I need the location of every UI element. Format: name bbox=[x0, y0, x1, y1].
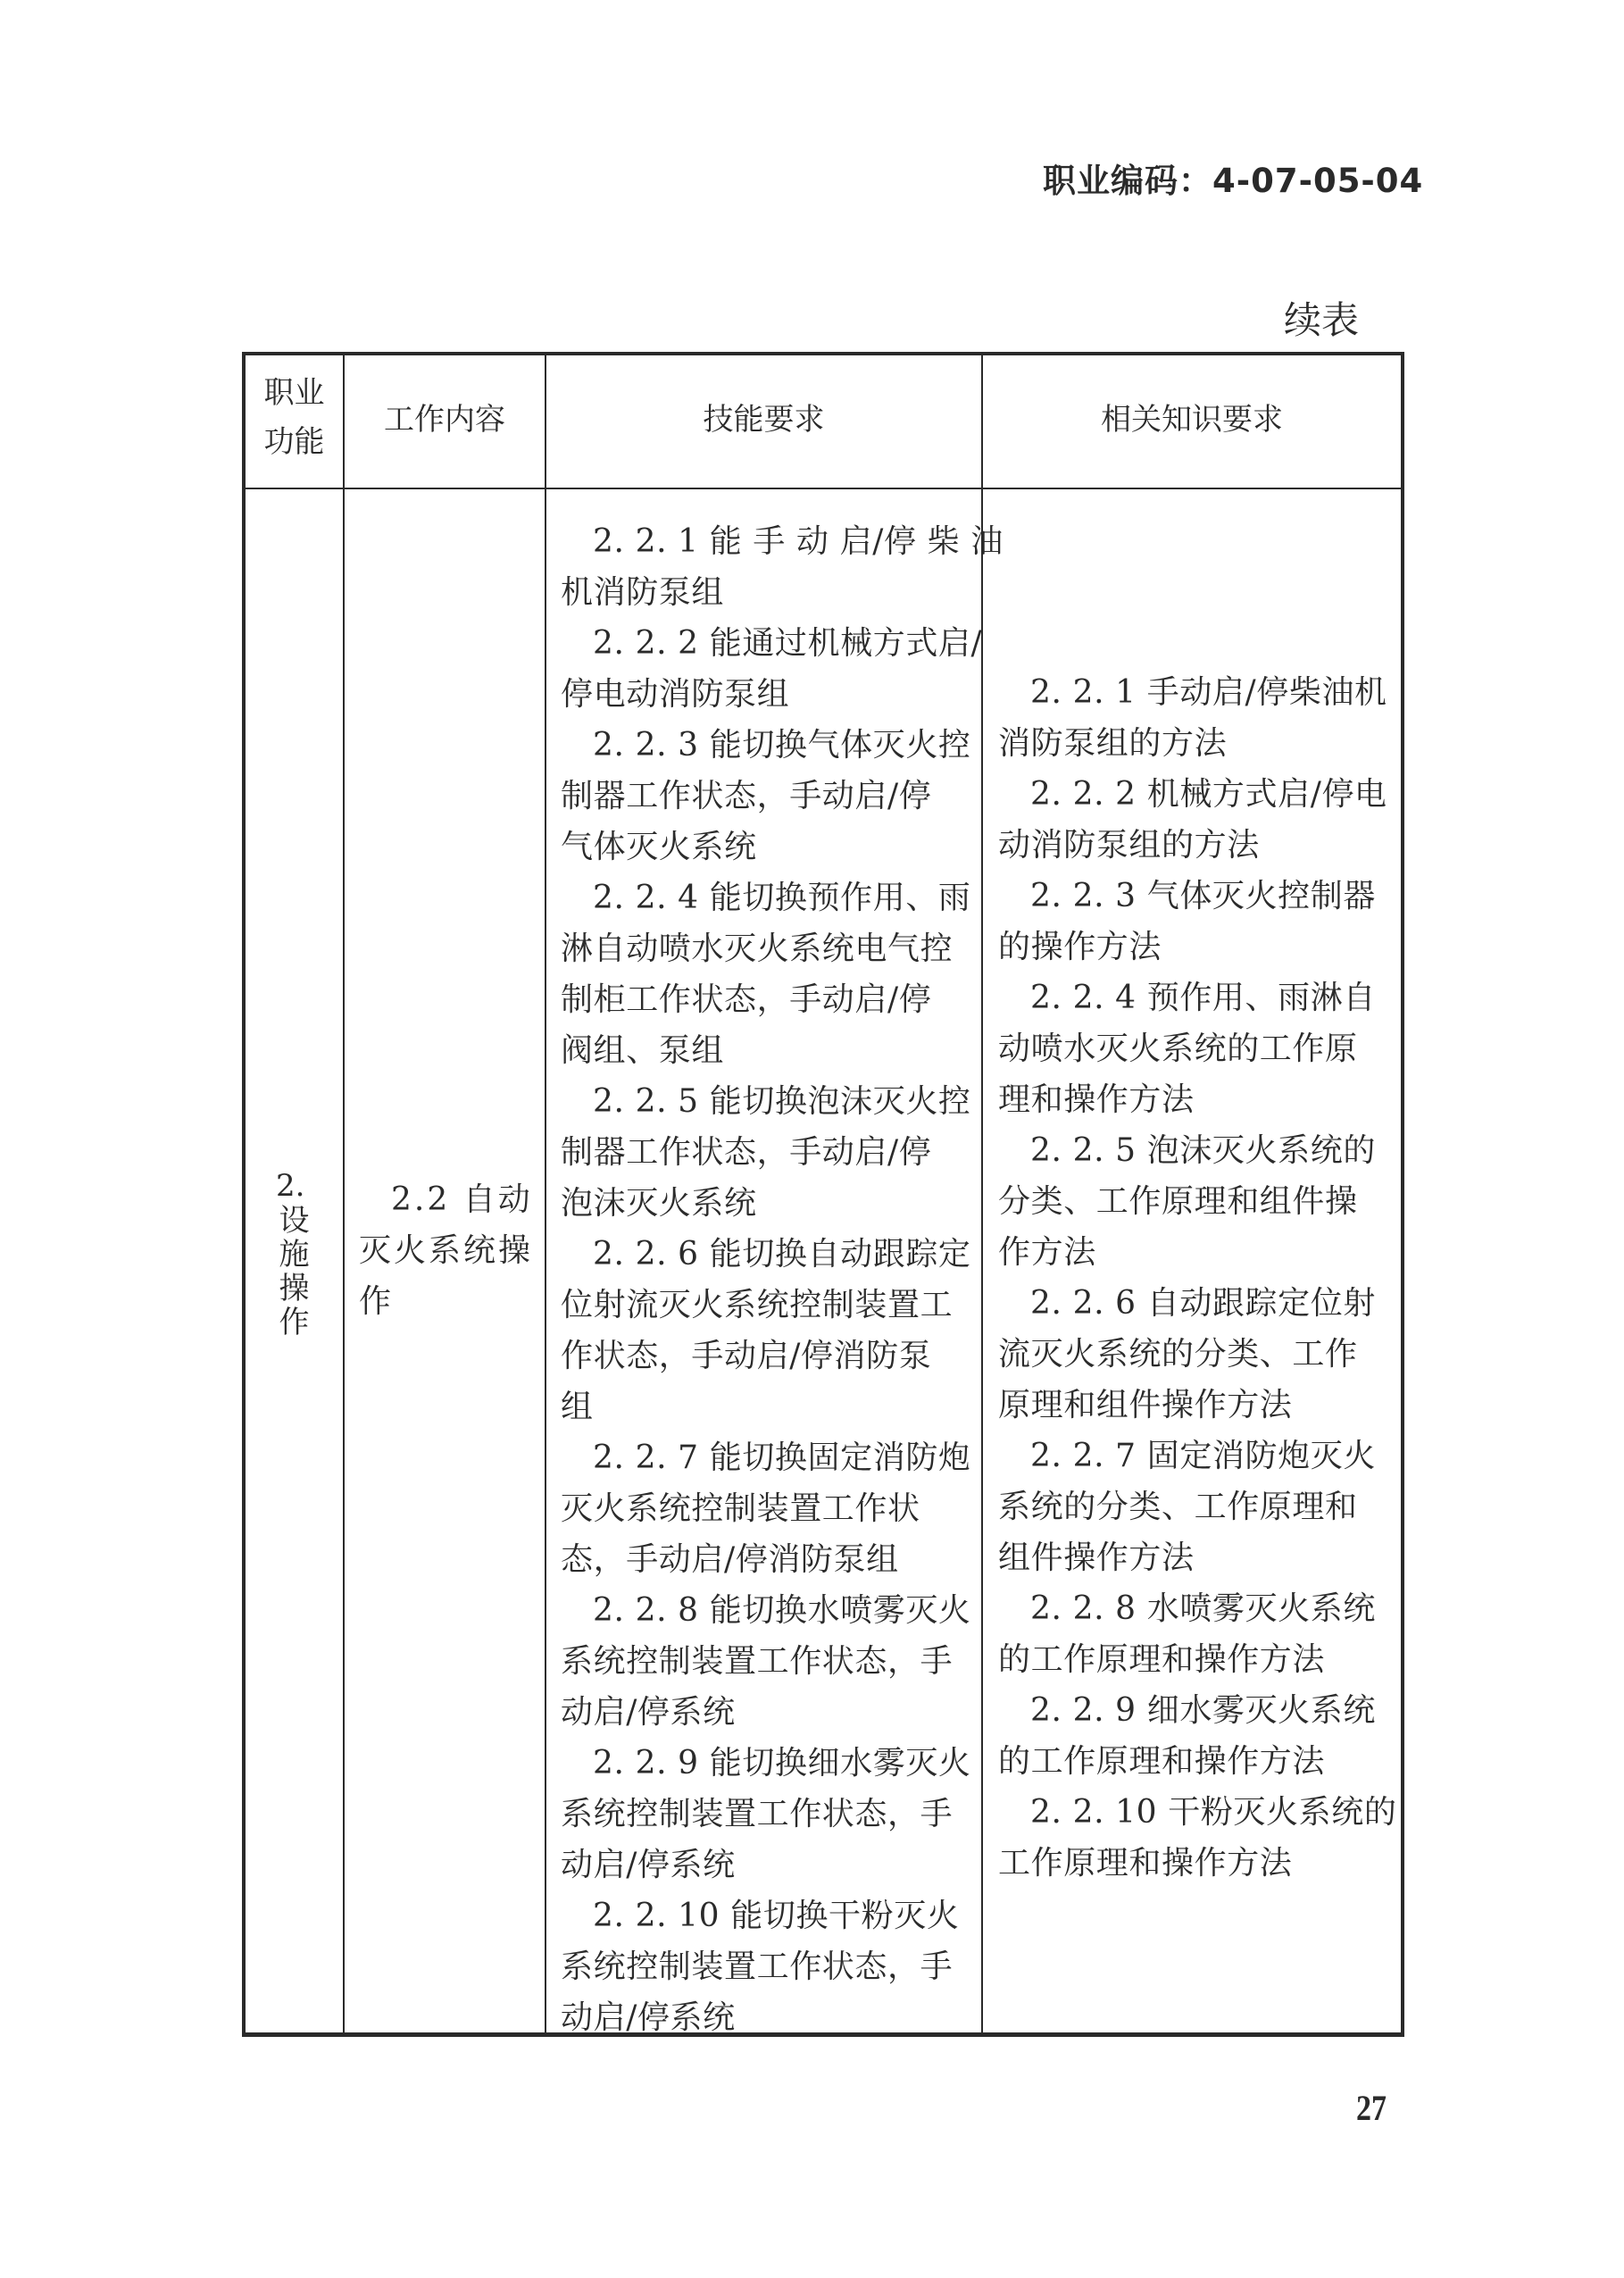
skill-line: 动启/停系统 bbox=[561, 1840, 1004, 1890]
header-cell-content: 工作内容 bbox=[345, 396, 545, 445]
knowledge-line: 2. 2. 3 气体灭火控制器 bbox=[998, 871, 1396, 922]
content-line: 2.2 自动 bbox=[359, 1174, 533, 1225]
competency-table: 职业 功能 工作内容 技能要求 相关知识要求 2. 设 施 操 作 2.2 自动… bbox=[242, 352, 1404, 2037]
knowledge-line: 分类、工作原理和组件操 bbox=[998, 1176, 1396, 1227]
skill-line: 停电动消防泵组 bbox=[561, 669, 1004, 720]
skill-line: 系统控制装置工作状态，手 bbox=[561, 1941, 1004, 1992]
knowledge-line: 2. 2. 8 水喷雾灭火系统 bbox=[998, 1583, 1396, 1634]
skill-line: 系统控制装置工作状态，手 bbox=[561, 1789, 1004, 1840]
knowledge-line: 消防泵组的方法 bbox=[998, 718, 1396, 769]
skill-line: 制柜工作状态，手动启/停 bbox=[561, 974, 1004, 1025]
knowledge-item-2-2-3: 2. 2. 3 气体灭火控制器 的操作方法 bbox=[998, 871, 1396, 972]
knowledge-line: 2. 2. 6 自动跟踪定位射 bbox=[998, 1278, 1396, 1329]
header-divider bbox=[246, 488, 1401, 489]
skill-line: 作状态，手动启/停消防泵 bbox=[561, 1331, 1004, 1381]
header-cell-skills: 技能要求 bbox=[546, 396, 981, 445]
skill-line: 2. 2. 3 能切换气体灭火控 bbox=[561, 720, 1004, 771]
skill-line: 阀组、泵组 bbox=[561, 1025, 1004, 1076]
knowledge-item-2-2-1: 2. 2. 1 手动启/停柴油机 消防泵组的方法 bbox=[998, 667, 1396, 769]
skill-line: 2. 2. 1 能 手 动 启/停 柴 油 bbox=[561, 516, 1004, 567]
header-function-line-2: 功能 bbox=[246, 418, 343, 467]
knowledge-item-2-2-2: 2. 2. 2 机械方式启/停电 动消防泵组的方法 bbox=[998, 769, 1396, 871]
skill-item-2-2-9: 2. 2. 9 能切换细水雾灭火 系统控制装置工作状态，手 动启/停系统 bbox=[561, 1738, 1004, 1890]
function-char: 作 bbox=[246, 1306, 343, 1339]
skill-line: 2. 2. 7 能切换固定消防炮 bbox=[561, 1432, 1004, 1483]
skill-line: 2. 2. 5 能切换泡沫灭火控 bbox=[561, 1076, 1004, 1127]
content-line: 作 bbox=[359, 1276, 533, 1327]
knowledge-item-2-2-9: 2. 2. 9 细水雾灭火系统 的工作原理和操作方法 bbox=[998, 1685, 1396, 1787]
knowledge-line: 原理和组件操作方法 bbox=[998, 1380, 1396, 1431]
knowledge-line: 2. 2. 9 细水雾灭火系统 bbox=[998, 1685, 1396, 1736]
knowledge-item-2-2-10: 2. 2. 10 干粉灭火系统的 工作原理和操作方法 bbox=[998, 1787, 1396, 1889]
knowledge-line: 2. 2. 5 泡沫灭火系统的 bbox=[998, 1125, 1396, 1176]
knowledge-line: 的工作原理和操作方法 bbox=[998, 1634, 1396, 1685]
skill-line: 灭火系统控制装置工作状 bbox=[561, 1483, 1004, 1534]
knowledge-line: 的工作原理和操作方法 bbox=[998, 1736, 1396, 1787]
knowledge-line: 工作原理和操作方法 bbox=[998, 1838, 1396, 1889]
skill-line: 2. 2. 8 能切换水喷雾灭火 bbox=[561, 1585, 1004, 1636]
knowledge-item-2-2-7: 2. 2. 7 固定消防炮灭火 系统的分类、工作原理和 组件操作方法 bbox=[998, 1431, 1396, 1583]
skill-line: 泡沫灭火系统 bbox=[561, 1178, 1004, 1229]
knowledge-item-2-2-4: 2. 2. 4 预作用、雨淋自 动喷水灭火系统的工作原 理和操作方法 bbox=[998, 972, 1396, 1125]
skill-line: 组 bbox=[561, 1381, 1004, 1432]
knowledge-cell: 2. 2. 1 手动启/停柴油机 消防泵组的方法 2. 2. 2 机械方式启/停… bbox=[998, 667, 1396, 1889]
column-divider-1 bbox=[343, 355, 345, 2032]
knowledge-line: 2. 2. 7 固定消防炮灭火 bbox=[998, 1431, 1396, 1481]
skill-item-2-2-4: 2. 2. 4 能切换预作用、雨 淋自动喷水灭火系统电气控 制柜工作状态，手动启… bbox=[561, 872, 1004, 1076]
skill-item-2-2-2: 2. 2. 2 能通过机械方式启/ 停电动消防泵组 bbox=[561, 618, 1004, 720]
skill-line: 2. 2. 6 能切换自动跟踪定 bbox=[561, 1229, 1004, 1280]
skills-cell: 2. 2. 1 能 手 动 启/停 柴 油 机消防泵组 2. 2. 2 能通过机… bbox=[561, 516, 1004, 2043]
knowledge-line: 2. 2. 10 干粉灭火系统的 bbox=[998, 1787, 1396, 1838]
continued-table-label: 续表 bbox=[1284, 291, 1359, 345]
skill-item-2-2-1: 2. 2. 1 能 手 动 启/停 柴 油 机消防泵组 bbox=[561, 516, 1004, 618]
skill-line: 系统控制装置工作状态，手 bbox=[561, 1636, 1004, 1687]
header-function-line-1: 职业 bbox=[246, 369, 343, 418]
skill-line: 动启/停系统 bbox=[561, 1687, 1004, 1738]
page-number: 27 bbox=[1356, 2087, 1387, 2129]
header-cell-knowledge: 相关知识要求 bbox=[983, 396, 1401, 445]
skill-line: 位射流灭火系统控制装置工 bbox=[561, 1280, 1004, 1331]
content-line: 灭火系统操 bbox=[359, 1225, 533, 1276]
knowledge-line: 理和操作方法 bbox=[998, 1074, 1396, 1125]
column-divider-2 bbox=[545, 355, 546, 2032]
function-number: 2. bbox=[246, 1168, 343, 1204]
skill-line: 淋自动喷水灭火系统电气控 bbox=[561, 923, 1004, 974]
skill-item-2-2-6: 2. 2. 6 能切换自动跟踪定 位射流灭火系统控制装置工 作状态，手动启/停消… bbox=[561, 1229, 1004, 1432]
header-cell-function: 职业 功能 bbox=[246, 369, 343, 467]
skill-line: 制器工作状态，手动启/停 bbox=[561, 771, 1004, 822]
skill-item-2-2-3: 2. 2. 3 能切换气体灭火控 制器工作状态，手动启/停 气体灭火系统 bbox=[561, 720, 1004, 872]
knowledge-line: 组件操作方法 bbox=[998, 1532, 1396, 1583]
skill-line: 2. 2. 4 能切换预作用、雨 bbox=[561, 872, 1004, 923]
skill-item-2-2-8: 2. 2. 8 能切换水喷雾灭火 系统控制装置工作状态，手 动启/停系统 bbox=[561, 1585, 1004, 1738]
function-cell: 2. 设 施 操 作 bbox=[246, 1168, 343, 1339]
knowledge-line: 2. 2. 4 预作用、雨淋自 bbox=[998, 972, 1396, 1023]
content-cell: 2.2 自动 灭火系统操 作 bbox=[359, 1174, 533, 1327]
occupation-code: 职业编码：4-07-05-04 bbox=[1043, 154, 1423, 202]
knowledge-line: 动消防泵组的方法 bbox=[998, 820, 1396, 871]
knowledge-item-2-2-6: 2. 2. 6 自动跟踪定位射 流灭火系统的分类、工作 原理和组件操作方法 bbox=[998, 1278, 1396, 1431]
knowledge-line: 的操作方法 bbox=[998, 922, 1396, 972]
knowledge-line: 流灭火系统的分类、工作 bbox=[998, 1329, 1396, 1380]
knowledge-line: 2. 2. 2 机械方式启/停电 bbox=[998, 769, 1396, 820]
knowledge-item-2-2-8: 2. 2. 8 水喷雾灭火系统 的工作原理和操作方法 bbox=[998, 1583, 1396, 1685]
skill-line: 2. 2. 9 能切换细水雾灭火 bbox=[561, 1738, 1004, 1789]
skill-line: 2. 2. 2 能通过机械方式启/ bbox=[561, 618, 1004, 669]
knowledge-line: 系统的分类、工作原理和 bbox=[998, 1481, 1396, 1532]
skill-line: 态，手动启/停消防泵组 bbox=[561, 1534, 1004, 1585]
knowledge-line: 动喷水灭火系统的工作原 bbox=[998, 1023, 1396, 1074]
skill-line: 机消防泵组 bbox=[561, 567, 1004, 618]
skill-line: 2. 2. 10 能切换干粉灭火 bbox=[561, 1890, 1004, 1941]
skill-line: 制器工作状态，手动启/停 bbox=[561, 1127, 1004, 1178]
function-char: 操 bbox=[246, 1272, 343, 1306]
skill-item-2-2-5: 2. 2. 5 能切换泡沫灭火控 制器工作状态，手动启/停 泡沫灭火系统 bbox=[561, 1076, 1004, 1229]
skill-item-2-2-7: 2. 2. 7 能切换固定消防炮 灭火系统控制装置工作状 态，手动启/停消防泵组 bbox=[561, 1432, 1004, 1585]
knowledge-line: 作方法 bbox=[998, 1227, 1396, 1278]
function-char: 设 bbox=[246, 1204, 343, 1238]
knowledge-item-2-2-5: 2. 2. 5 泡沫灭火系统的 分类、工作原理和组件操 作方法 bbox=[998, 1125, 1396, 1278]
skill-line: 气体灭火系统 bbox=[561, 822, 1004, 872]
knowledge-line: 2. 2. 1 手动启/停柴油机 bbox=[998, 667, 1396, 718]
skill-line: 动启/停系统 bbox=[561, 1992, 1004, 2043]
skill-item-2-2-10: 2. 2. 10 能切换干粉灭火 系统控制装置工作状态，手 动启/停系统 bbox=[561, 1890, 1004, 2043]
function-char: 施 bbox=[246, 1238, 343, 1272]
